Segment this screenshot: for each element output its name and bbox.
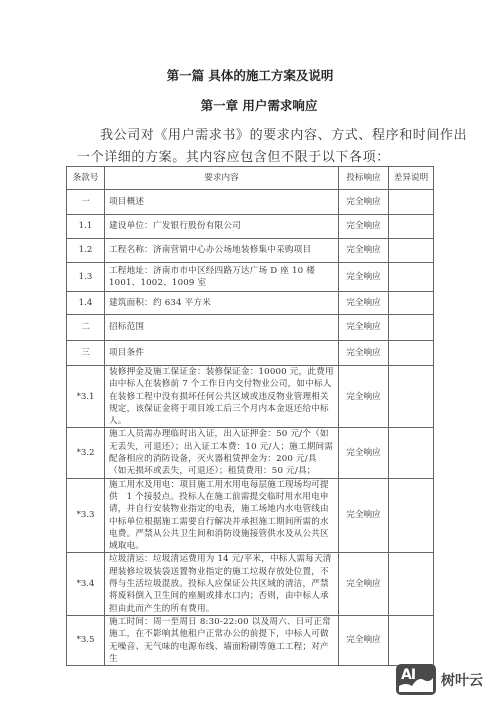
clause-no: 1.3 [67,263,105,292]
clause-no: *3.3 [67,478,105,553]
bid-response: 完全响应 [339,366,389,428]
clause-no: 1.2 [67,239,105,263]
clause-no: *3.1 [67,366,105,428]
clause-no: *3.2 [67,428,105,478]
deviation-note [389,341,434,366]
bid-response: 完全响应 [339,478,389,553]
requirement-content: 施工时间：周一至周日 8:30-22:00 以及周六、日可正常施工，在不影响其他… [105,615,339,665]
deviation-note [389,215,434,239]
requirement-content: 工程名称：济南营销中心办公场地装修集中采购项目 [105,239,339,263]
header-bid-response: 投标响应 [339,167,389,190]
deviation-note [389,478,434,553]
requirement-content: 项目条件 [105,341,339,366]
deviation-note [389,263,434,292]
table-row: 三 项目条件 完全响应 [67,341,434,366]
watermark: AI 树叶云 [396,664,483,695]
clause-no: 1.4 [67,292,105,315]
deviation-note [389,428,434,478]
requirement-content: 施工人员需办理临时出入证，出入证押金：50 元/个（如无丢失，可退还）；出入证工… [105,428,339,478]
header-requirement: 要求内容 [105,167,339,190]
deviation-note [389,239,434,263]
intro-paragraph-line-1: 我公司对《用户需求书》的要求内容、方式、程序和时间作出 [100,124,467,143]
clause-no: 二 [67,315,105,341]
deviation-note [389,553,434,615]
table-row: *3.2 施工人员需办理临时出入证，出入证押金：50 元/个（如无丢失，可退还）… [67,428,434,478]
deviation-note [389,190,434,215]
table-row: 1.1 建设单位：广发银行股份有限公司 完全响应 [67,215,434,239]
deviation-note [389,366,434,428]
header-clause-no: 条款号 [67,167,105,190]
bid-response: 完全响应 [339,292,389,315]
clause-no: 三 [67,341,105,366]
requirement-content: 项目概述 [105,190,339,215]
bid-response: 完全响应 [339,553,389,615]
table-row: 1.2 工程名称：济南营销中心办公场地装修集中采购项目 完全响应 [67,239,434,263]
bid-response: 完全响应 [339,215,389,239]
clause-no: 1.1 [67,215,105,239]
deviation-note [389,292,434,315]
requirement-content: 建设单位：广发银行股份有限公司 [105,215,339,239]
clause-no: 一 [67,190,105,215]
deviation-note [389,615,434,665]
part-title: 第一篇 具体的施工方案及说明 [0,66,500,84]
requirement-content: 工程地址：济南市市中区经四路万达广场 D 座 10 楼 1001、1002、10… [105,263,339,292]
bid-response: 完全响应 [339,341,389,366]
table-row: *3.5 施工时间：周一至周日 8:30-22:00 以及周六、日可正常施工，在… [67,615,434,665]
bid-response: 完全响应 [339,315,389,341]
requirement-response-table: 条款号 要求内容 投标响应 差异说明 一 项目概述 完全响应 1.1 建设单位：… [66,166,434,666]
clause-no: *3.4 [67,553,105,615]
chapter-title: 第一章 用户需求响应 [0,96,500,114]
table-row: 二 招标范围 完全响应 [67,315,434,341]
table-row: *3.1 装修押金及施工保证金：装修保证金：10000 元，此费用由中标人在装修… [67,366,434,428]
table-row: *3.3 施工用水及用电：项目施工用水用电每层施工现场均可提供 1 个接驳点。投… [67,478,434,553]
bid-response: 完全响应 [339,615,389,665]
header-deviation: 差异说明 [389,167,434,190]
deviation-note [389,315,434,341]
table-row: 1.3 工程地址：济南市市中区经四路万达广场 D 座 10 楼 1001、100… [67,263,434,292]
table-row: 一 项目概述 完全响应 [67,190,434,215]
requirement-content: 施工用水及用电：项目施工用水用电每层施工现场均可提供 1 个接驳点。投标人在施工… [105,478,339,553]
intro-paragraph-line-2: 一个详细的方案。其内容应包含但不限于以下各项： [77,146,390,165]
table-header-row: 条款号 要求内容 投标响应 差异说明 [67,167,434,190]
bid-response: 完全响应 [339,263,389,292]
requirement-content: 装修押金及施工保证金：装修保证金：10000 元，此费用由中标人在装修前 7 个… [105,366,339,428]
table-row: *3.4 垃圾清运：垃圾清运费用为 14 元/平米，中标人需每天清理装修垃圾装袋… [67,553,434,615]
requirement-content: 招标范围 [105,315,339,341]
bid-response: 完全响应 [339,428,389,478]
requirement-content: 建筑面积：约 634 平方米 [105,292,339,315]
bid-response: 完全响应 [339,190,389,215]
bid-response: 完全响应 [339,239,389,263]
requirement-content: 垃圾清运：垃圾清运费用为 14 元/平米，中标人需每天清理装修垃圾装袋送置物业指… [105,553,339,615]
clause-no: *3.5 [67,615,105,665]
table-row: 1.4 建筑面积：约 634 平方米 完全响应 [67,292,434,315]
ai-image-logo-icon: AI [396,664,436,695]
watermark-label: 树叶云 [441,670,483,690]
